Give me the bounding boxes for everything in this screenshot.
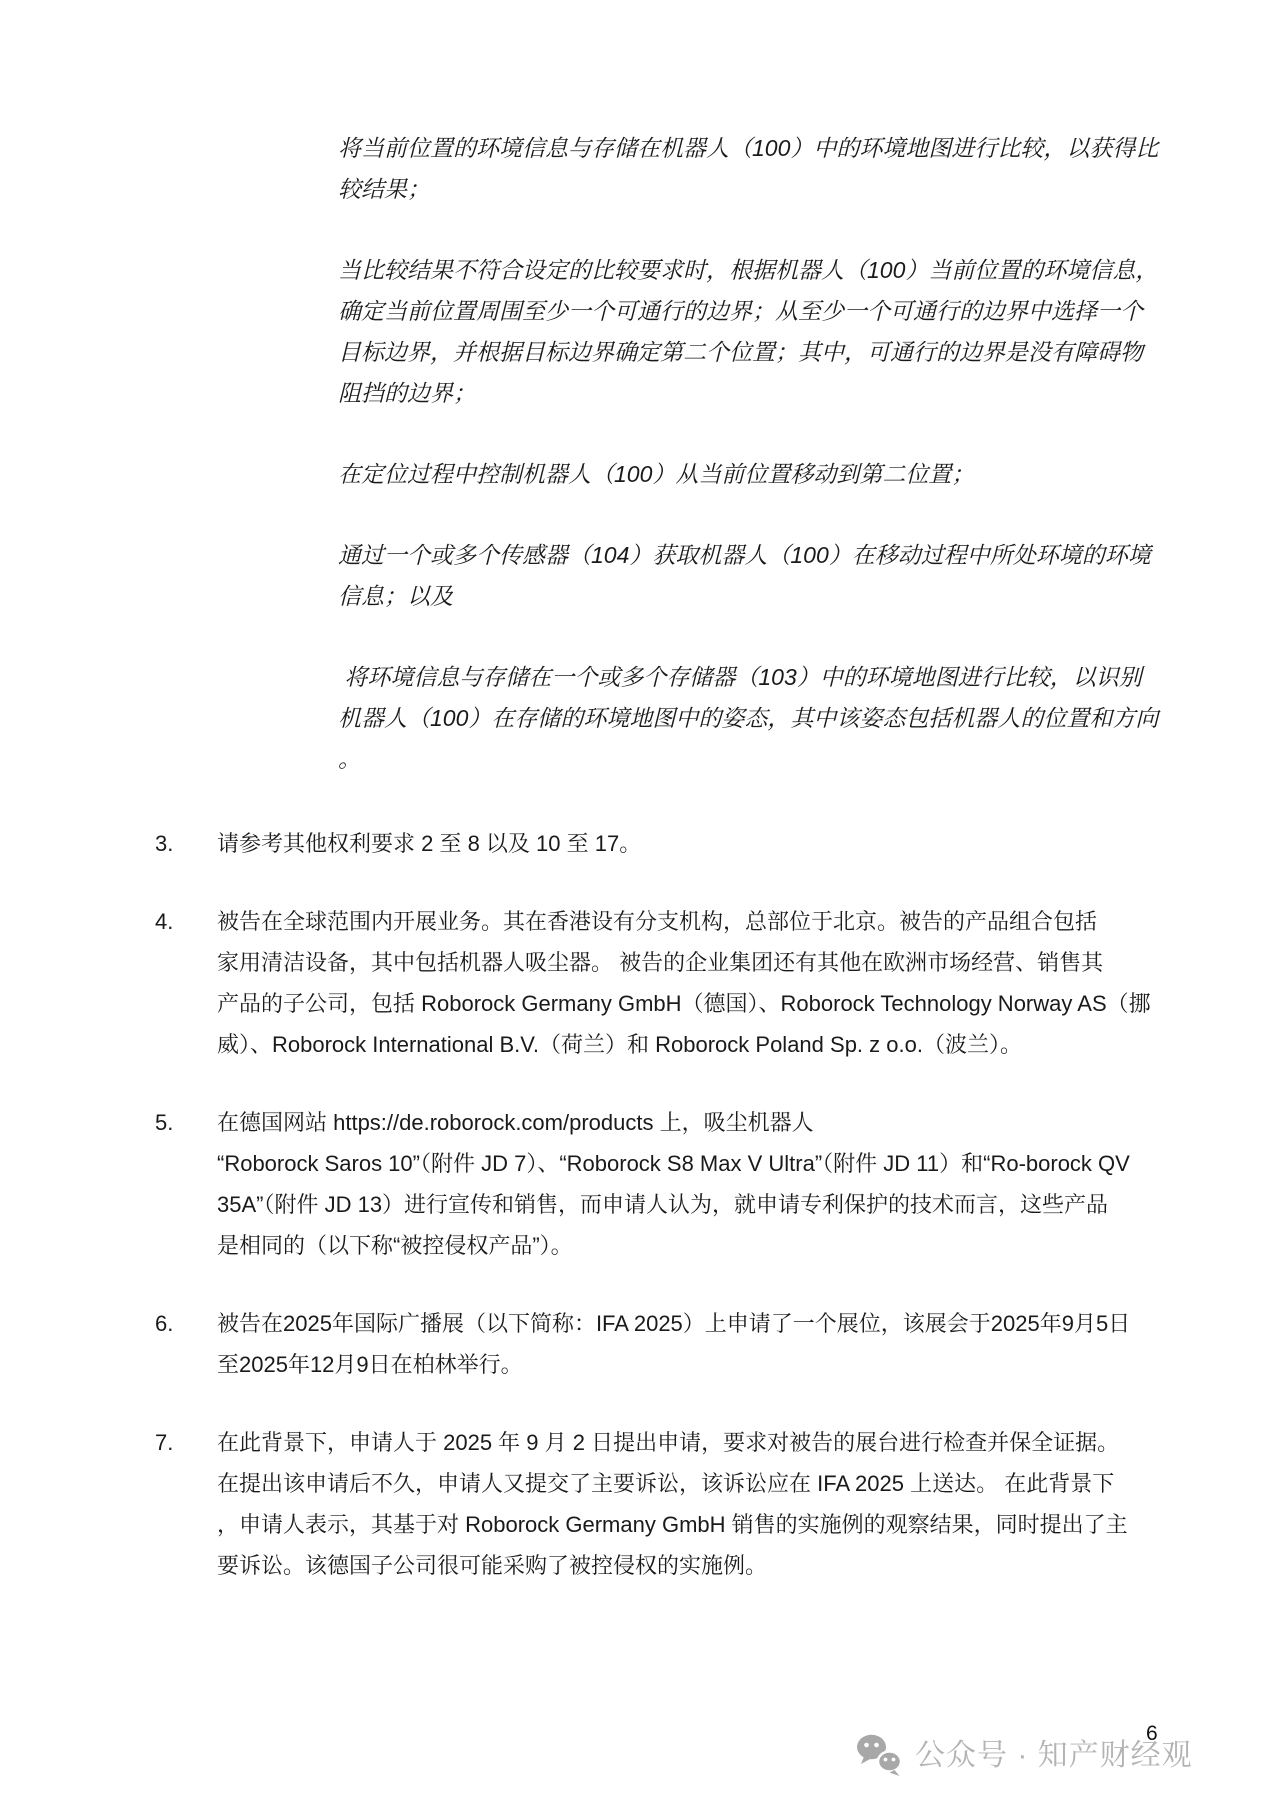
page-number: 6 bbox=[1146, 1722, 1158, 1746]
list-item: 5. 在德国网站 https://de.roborock.com/product… bbox=[155, 1102, 1180, 1266]
item-number: 5. bbox=[155, 1102, 217, 1143]
claim-quote-block: 将当前位置的环境信息与存储在机器人（100）中的环境地图进行比较，以获得比 较结… bbox=[338, 128, 1182, 780]
list-item: 7. 在此背景下，申请人于 2025 年 9 月 2 日提出申请，要求对被告的展… bbox=[155, 1422, 1180, 1586]
claim-quote-stanza: 通过一个或多个传感器（104）获取机器人（100）在移动过程中所处环境的环境 信… bbox=[338, 535, 1182, 617]
list-item: 3. 请参考其他权利要求 2 至 8 以及 10 至 17。 bbox=[155, 823, 1180, 864]
claim-quote-stanza: 在定位过程中控制机器人（100）从当前位置移动到第二位置； bbox=[338, 454, 1182, 495]
item-text: 在此背景下，申请人于 2025 年 9 月 2 日提出申请，要求对被告的展台进行… bbox=[217, 1422, 1180, 1586]
claim-quote-stanza: 当比较结果不符合设定的比较要求时，根据机器人（100）当前位置的环境信息， 确定… bbox=[338, 250, 1182, 414]
list-item: 4. 被告在全球范围内开展业务。其在香港设有分支机构，总部位于北京。被告的产品组… bbox=[155, 901, 1180, 1065]
item-number: 7. bbox=[155, 1422, 217, 1463]
claim-quote-stanza: 将当前位置的环境信息与存储在机器人（100）中的环境地图进行比较，以获得比 较结… bbox=[338, 128, 1182, 210]
document-page: 将当前位置的环境信息与存储在机器人（100）中的环境地图进行比较，以获得比 较结… bbox=[0, 0, 1280, 1809]
item-text: 被告在2025年国际广播展（以下简称：IFA 2025）上申请了一个展位，该展会… bbox=[217, 1303, 1180, 1385]
item-number: 6. bbox=[155, 1303, 217, 1344]
list-item: 6. 被告在2025年国际广播展（以下简称：IFA 2025）上申请了一个展位，… bbox=[155, 1303, 1180, 1385]
watermark: 公众号 · 知产财经观 bbox=[856, 1732, 1193, 1780]
claim-quote-stanza: 将环境信息与存储在一个或多个存储器（103）中的环境地图进行比较，以识别 机器人… bbox=[338, 657, 1182, 780]
item-number: 4. bbox=[155, 901, 217, 942]
numbered-paragraphs: 3. 请参考其他权利要求 2 至 8 以及 10 至 17。 4. 被告在全球范… bbox=[155, 823, 1180, 1586]
wechat-icon bbox=[856, 1734, 906, 1778]
item-text: 在德国网站 https://de.roborock.com/products 上… bbox=[217, 1102, 1180, 1266]
item-number: 3. bbox=[155, 823, 217, 864]
item-text: 请参考其他权利要求 2 至 8 以及 10 至 17。 bbox=[217, 823, 1180, 864]
item-text: 被告在全球范围内开展业务。其在香港设有分支机构，总部位于北京。被告的产品组合包括… bbox=[217, 901, 1180, 1065]
